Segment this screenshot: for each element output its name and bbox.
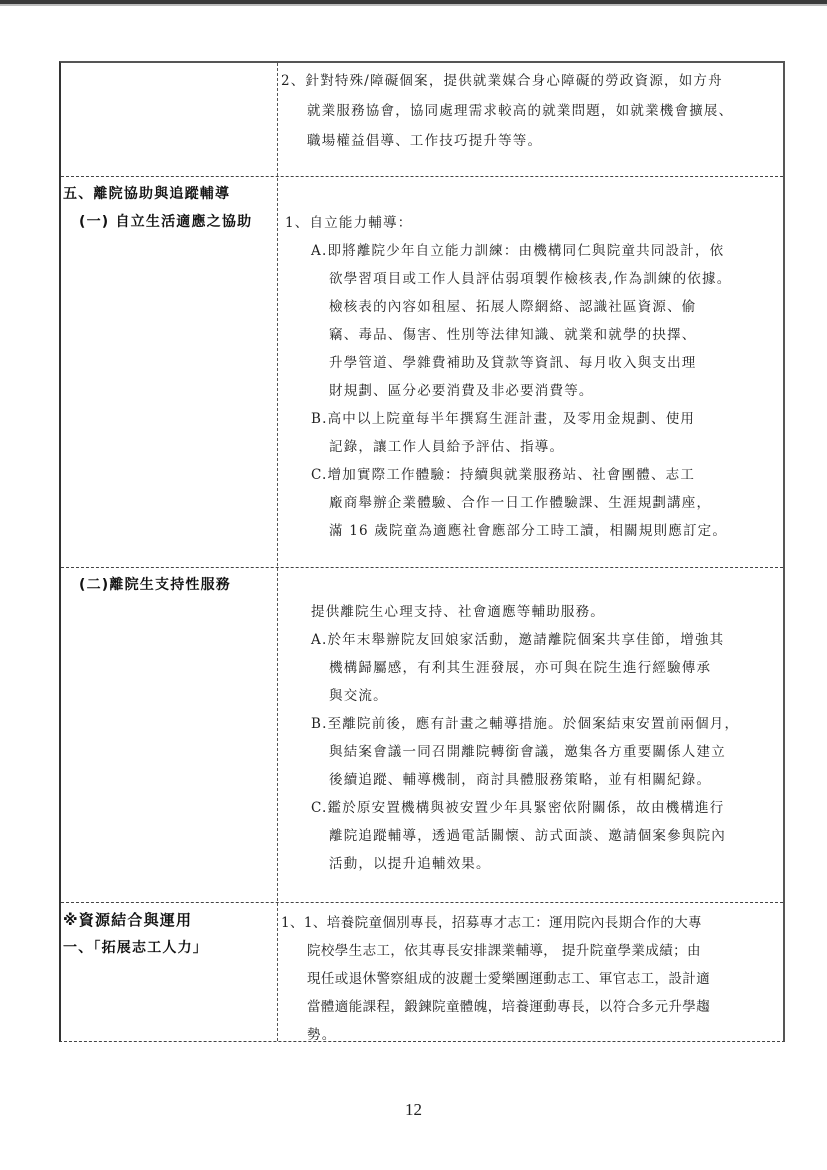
page-number: 12 <box>0 1100 827 1120</box>
content-line: 記錄，讓工作人員給予評估、指導。 <box>329 435 564 455</box>
content-line: 現任或退休警察組成的波麗士愛樂團運動志工、軍官志工，設計適 <box>307 967 710 987</box>
table-row-discharge-assistance: 五、離院協助與追蹤輔導 (一) 自立生活適應之協助 1、自立能力輔導： A.即將… <box>61 177 783 567</box>
content-line: A.即將離院少年自立能力訓練：由機構同仁與院童共同設計，依 <box>311 239 724 259</box>
content-line: 職場權益倡導、工作技巧提升等等。 <box>307 129 542 149</box>
content-line: B.高中以上院童每半年撰寫生涯計畫，及零用金規劃、使用 <box>311 407 695 427</box>
content-line: 與結案會議一同召開離院轉銜會議，邀集各方重要關係人建立 <box>329 740 726 760</box>
content-line: 1、1、培養院童個別專長，招募專才志工：運用院內長期合作的大專 <box>281 911 702 931</box>
content-line: 就業服務協會，協同處理需求較高的就業問題，如就業機會擴展、 <box>307 99 733 119</box>
content-line: 當體適能課程，鍛鍊院童體魄，培養運動專長，以符合多元升學趨 <box>307 995 710 1015</box>
content-line: C.鑑於原安置機構與被安置少年具緊密依附關係，故由機構進行 <box>311 796 724 816</box>
subsection-heading: 一、「拓展志工人力」 <box>63 937 208 957</box>
content-line: 2、針對特殊/障礙個案，提供就業媒合身心障礙的勞政資源，如方舟 <box>281 69 723 89</box>
content-line: 勢。 <box>307 1023 336 1043</box>
table-row-resource-integration: ※資源結合與運用 一、「拓展志工人力」 1、1、培養院童個別專長，招募專才志工：… <box>61 903 783 1043</box>
subsection-heading: (二)離院生支持性服務 <box>79 574 231 594</box>
content-line: 機構歸屬感，有利其生涯發展，亦可與在院生進行經驗傳承 <box>329 656 711 676</box>
content-line: 與交流。 <box>329 684 388 704</box>
content-line: 欲學習項目或工作人員評估弱項製作檢核表,作為訓練的依據。 <box>329 267 731 287</box>
scan-top-shadow <box>0 4 827 6</box>
content-line: 提供離院生心理支持、社會適應等輔助服務。 <box>311 600 605 620</box>
section-heading: 五、離院協助與追蹤輔導 <box>63 183 230 203</box>
content-line: 後續追蹤、輔導機制，商討具體服務策略，並有相關紀錄。 <box>329 768 711 788</box>
table-row-post-discharge-support: (二)離院生支持性服務 提供離院生心理支持、社會適應等輔助服務。 A.於年末舉辦… <box>61 568 783 902</box>
section-heading: ※資源結合與運用 <box>63 909 192 930</box>
content-line: C.增加實際工作體驗：持續與就業服務站、社會團體、志工 <box>311 463 695 483</box>
content-line: 活動，以提升追輔效果。 <box>329 852 491 872</box>
content-line: B.至離院前後，應有計畫之輔導措施。於個案結束安置前兩個月， <box>311 712 739 732</box>
content-line: 滿 16 歲院童為適應社會應部分工時工讀，相關規則應訂定。 <box>329 519 727 539</box>
content-line: A.於年末舉辦院友回娘家活動，邀請離院個案共享佳節，增強其 <box>311 628 724 648</box>
content-line: 財規劃、區分必要消費及非必要消費等。 <box>329 379 594 399</box>
subsection-heading: (一) 自立生活適應之協助 <box>79 211 252 231</box>
content-line: 竊、毒品、傷害、性別等法律知識、就業和就學的抉擇、 <box>329 323 697 343</box>
content-line: 1、自立能力輔導： <box>285 211 412 231</box>
content-line: 升學管道、學雜費補助及貸款等資訊、每月收入與支出理 <box>329 351 697 371</box>
content-line: 離院追蹤輔導，透過電話關懷、訪式面談、邀請個案參與院內 <box>329 824 726 844</box>
table-row-employment-continuation: 2、針對特殊/障礙個案，提供就業媒合身心障礙的勞政資源，如方舟 就業服務協會，協… <box>61 63 783 176</box>
content-line: 院校學生志工，依其專長安排課業輔導， 提升院童學業成績；由 <box>307 939 701 959</box>
content-line: 廠商舉辦企業體驗、合作一日工作體驗課、生涯規劃講座， <box>329 491 711 511</box>
plan-table: 2、針對特殊/障礙個案，提供就業媒合身心障礙的勞政資源，如方舟 就業服務協會，協… <box>59 61 785 1042</box>
content-line: 檢核表的內容如租屋、拓展人際網絡、認識社區資源、偷 <box>329 295 697 315</box>
